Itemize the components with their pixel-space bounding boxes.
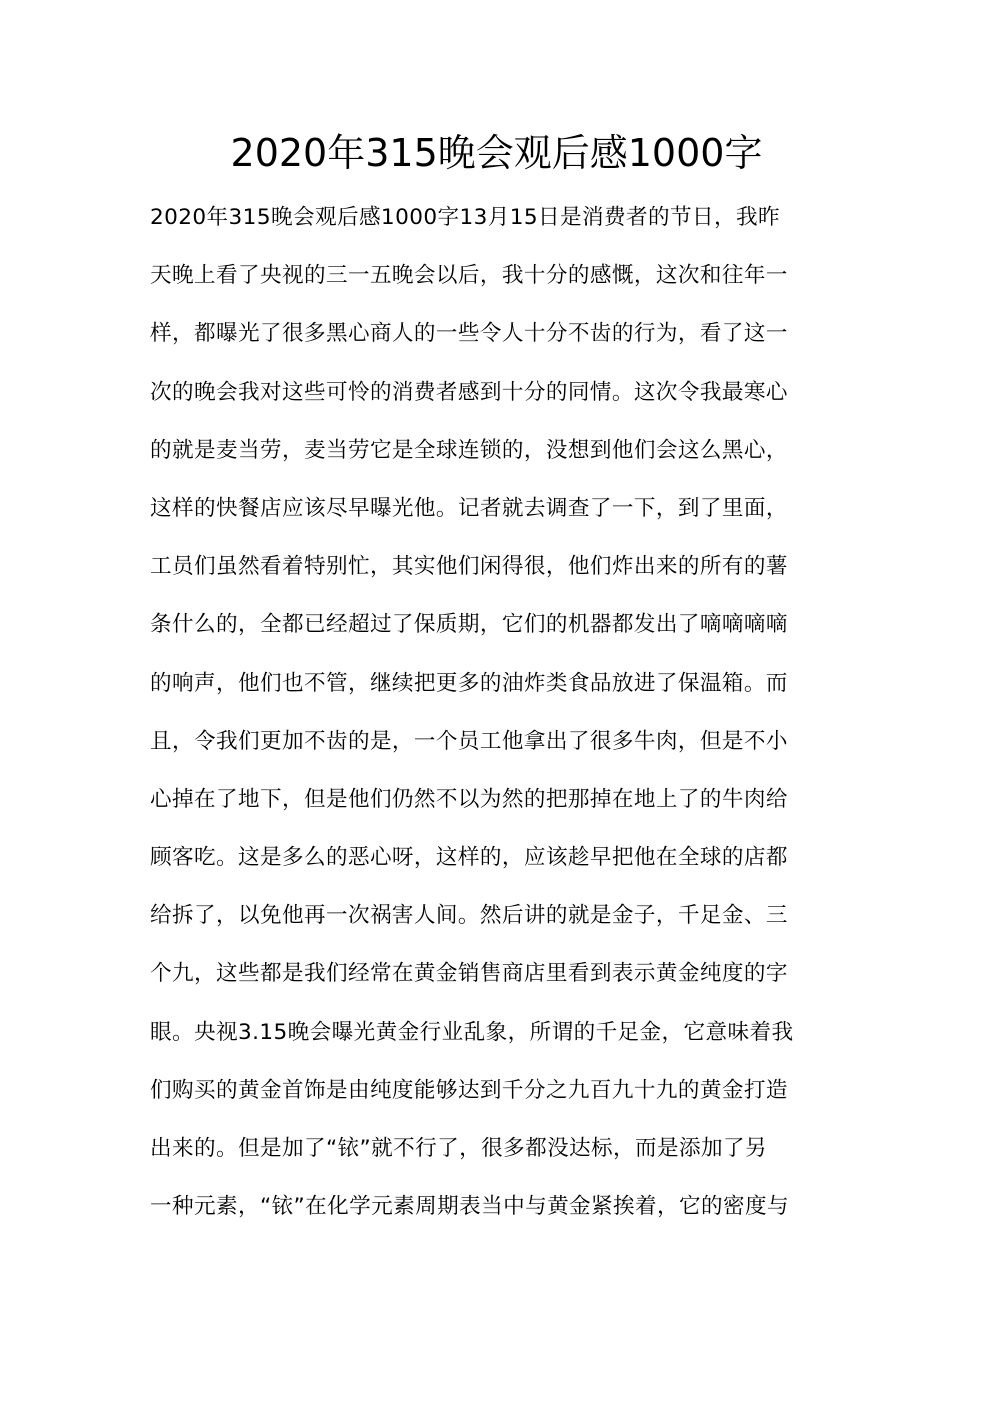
body-line: 且，令我们更加不齿的是，一个员工他拿出了很多牛肉，但是不小 <box>150 723 840 781</box>
document-body: 2020年315晚会观后感1000字13月15日是消费者的节日，我昨 天晚上看了… <box>150 199 840 1246</box>
document-title: 2020年315晚会观后感1000字 <box>0 128 993 178</box>
body-line: 工员们虽然看着特别忙，其实他们闲得很，他们炸出来的所有的薯 <box>150 548 840 606</box>
body-line: 心掉在了地下，但是他们仍然不以为然的把那掉在地上了的牛肉给 <box>150 781 840 839</box>
body-line: 顾客吃。这是多么的恶心呀，这样的，应该趁早把他在全球的店都 <box>150 839 840 897</box>
document-page: 2020年315晚会观后感1000字 2020年315晚会观后感1000字13月… <box>0 0 993 1404</box>
body-line: 次的晚会我对这些可怜的消费者感到十分的同情。这次令我最寒心 <box>150 374 840 432</box>
body-line: 样，都曝光了很多黑心商人的一些令人十分不齿的行为，看了这一 <box>150 315 840 373</box>
body-line: 眼。央视3.15晚会曝光黄金行业乱象，所谓的千足金，它意味着我 <box>150 1014 840 1072</box>
body-line: 们购买的黄金首饰是由纯度能够达到千分之九百九十九的黄金打造 <box>150 1072 840 1130</box>
body-line: 出来的。但是加了“铱”就不行了，很多都没达标，而是添加了另 <box>150 1130 840 1188</box>
body-line: 天晚上看了央视的三一五晚会以后，我十分的感慨，这次和往年一 <box>150 257 840 315</box>
body-line: 的响声，他们也不管，继续把更多的油炸类食品放进了保温箱。而 <box>150 665 840 723</box>
body-line: 这样的快餐店应该尽早曝光他。记者就去调查了一下，到了里面， <box>150 490 840 548</box>
body-line: 条什么的，全都已经超过了保质期，它们的机器都发出了嘀嘀嘀嘀 <box>150 606 840 664</box>
body-line: 的就是麦当劳，麦当劳它是全球连锁的，没想到他们会这么黑心， <box>150 432 840 490</box>
body-line: 给拆了，以免他再一次祸害人间。然后讲的就是金子，千足金、三 <box>150 897 840 955</box>
body-line: 2020年315晚会观后感1000字13月15日是消费者的节日，我昨 <box>150 199 840 257</box>
body-line: 一种元素，“铱”在化学元素周期表当中与黄金紧挨着，它的密度与 <box>150 1188 840 1246</box>
body-line: 个九，这些都是我们经常在黄金销售商店里看到表示黄金纯度的字 <box>150 955 840 1013</box>
